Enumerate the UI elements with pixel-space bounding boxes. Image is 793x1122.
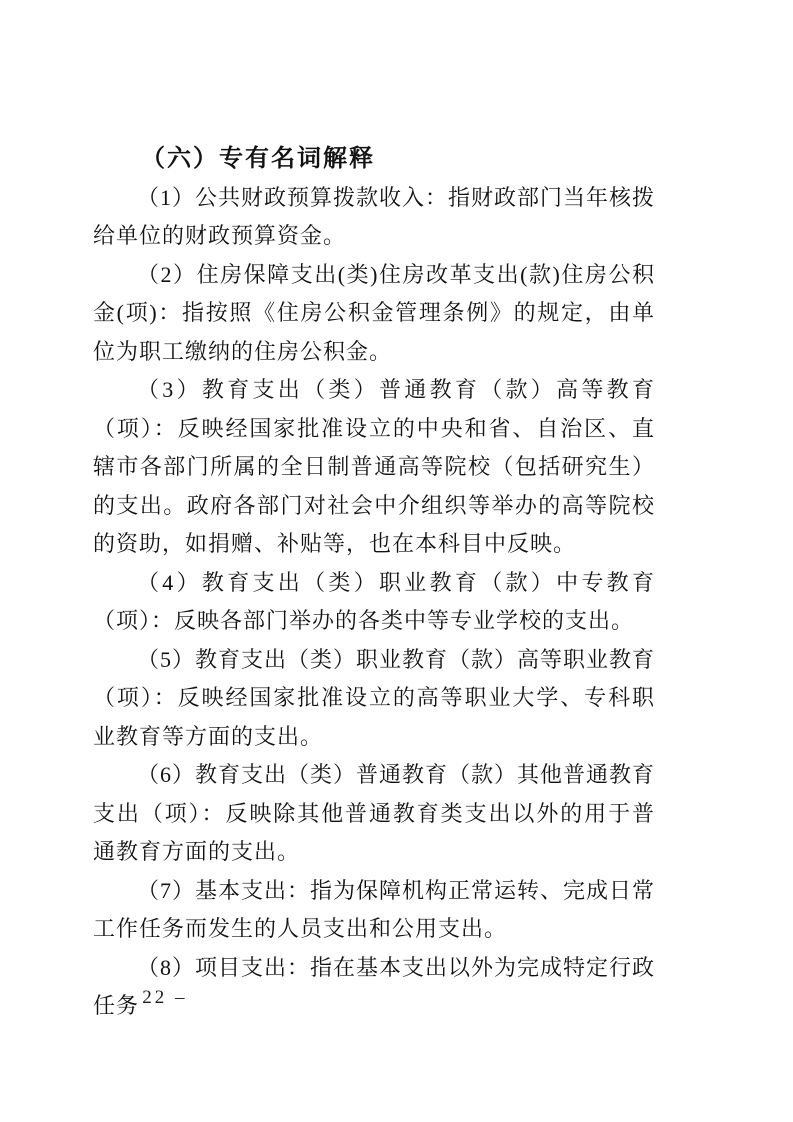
page-number: – 22 – [122, 987, 188, 1009]
definition-paragraph-7: （7）基本支出：指为保障机构正常运转、完成日常工作任务而发生的人员支出和公用支出… [93, 872, 655, 949]
definition-paragraph-1: （1）公共财政预算拨款收入：指财政部门当年核拨给单位的财政预算资金。 [93, 179, 655, 256]
section-heading: （六）专有名词解释 [93, 140, 655, 179]
definition-paragraph-2: （2）住房保障支出(类)住房改革支出(款)住房公积金(项)：指按照《住房公积金管… [93, 256, 655, 372]
definition-paragraph-6: （6）教育支出（类）普通教育（款）其他普通教育支出（项）：反映除其他普通教育类支… [93, 756, 655, 872]
document-body: （六）专有名词解释 （1）公共财政预算拨款收入：指财政部门当年核拨给单位的财政预… [93, 140, 655, 1026]
definition-paragraph-3: （3）教育支出（类）普通教育（款）高等教育（项）：反映经国家批准设立的中央和省、… [93, 371, 655, 564]
document-page: （六）专有名词解释 （1）公共财政预算拨款收入：指财政部门当年核拨给单位的财政预… [0, 0, 793, 1122]
definition-paragraph-5: （5）教育支出（类）职业教育（款）高等职业教育（项）：反映经国家批准设立的高等职… [93, 641, 655, 757]
definition-paragraph-4: （4）教育支出（类）职业教育（款）中专教育（项）：反映各部门举办的各类中等专业学… [93, 564, 655, 641]
